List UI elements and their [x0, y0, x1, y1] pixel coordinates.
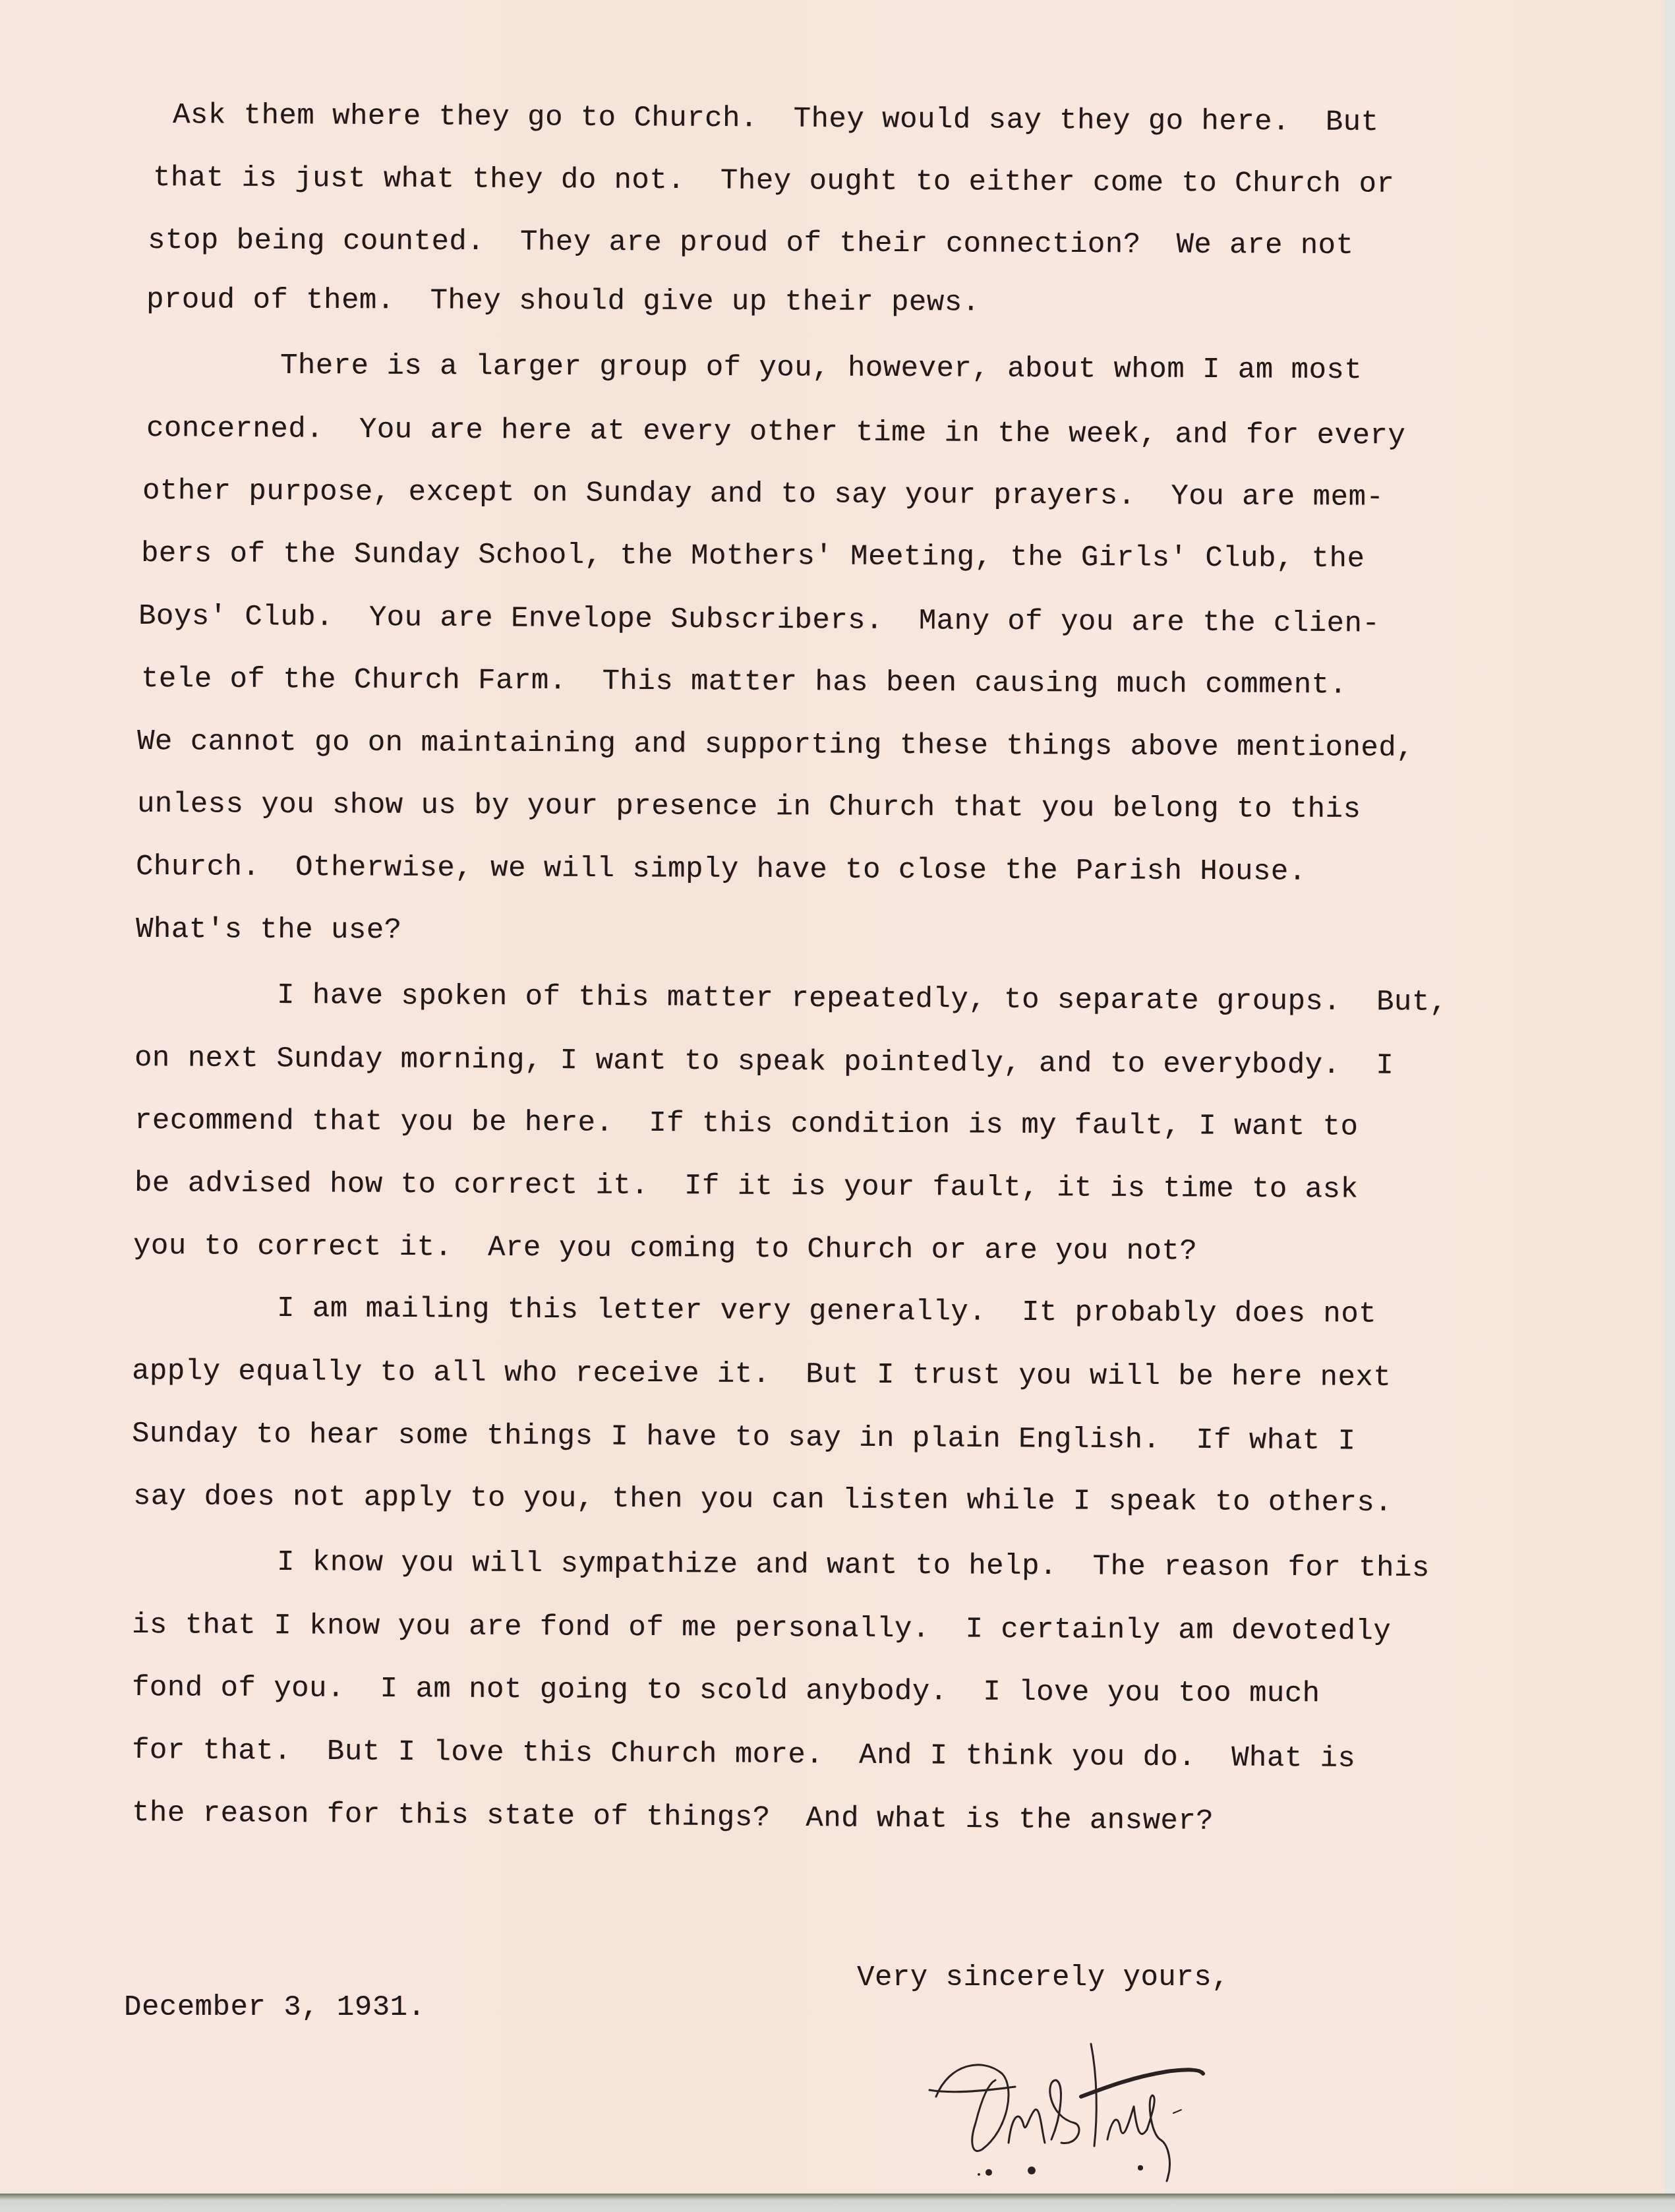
letter-line: bers of the Sunday School, the Mothers' … — [141, 537, 1365, 576]
letter-line: stop being counted. They are proud of th… — [148, 224, 1354, 262]
letter-line: Ask them where they go to Church. They w… — [173, 99, 1379, 139]
letter-line: I know you will sympathize and want to h… — [277, 1546, 1430, 1585]
letter-line: Boys' Club. You are Envelope Subscribers… — [138, 600, 1380, 641]
letter-line: other purpose, except on Sunday and to s… — [142, 475, 1384, 514]
letter-line: tele of the Church Farm. This matter has… — [141, 663, 1347, 702]
letter-line: I have spoken of this matter repeatedly,… — [277, 979, 1448, 1019]
letter-line: is that I know you are fond of me person… — [132, 1609, 1391, 1648]
letter-line: We cannot go on maintaining and supporti… — [137, 725, 1414, 765]
letter-line: What's the use? — [136, 913, 402, 947]
letter-line: recommend that you be here. If this cond… — [134, 1104, 1359, 1144]
letter-date: December 3, 1931. — [124, 1991, 425, 2024]
closing-line: Very sincerely yours, — [857, 1961, 1229, 1994]
handwritten-signature — [910, 2018, 1424, 2189]
letter-line: fond of you. I am not going to scold any… — [132, 1671, 1320, 1710]
letter-line: say does not apply to you, then you can … — [133, 1480, 1392, 1520]
letter-line: concerned. You are here at every other t… — [146, 412, 1405, 453]
letter-line: be advised how to correct it. If it is y… — [134, 1167, 1359, 1207]
letter-line: the reason for this state of things? And… — [132, 1797, 1214, 1838]
letter-body: Ask them where they go to Church. They w… — [0, 0, 1665, 2194]
letter-line: I am mailing this letter very generally.… — [277, 1292, 1376, 1331]
letter-line: There is a larger group of you, however,… — [280, 349, 1362, 387]
letter-line: on next Sunday morning, I want to speak … — [134, 1042, 1394, 1083]
signature-icon — [910, 2018, 1424, 2189]
scan-border-bottom — [0, 2194, 1675, 2212]
letter-line: unless you show us by your presence in C… — [137, 788, 1361, 826]
letter-line: you to correct it. Are you coming to Chu… — [133, 1230, 1198, 1268]
letter-line: that is just what they do not. They ough… — [153, 162, 1395, 201]
letter-line: Church. Otherwise, we will simply have t… — [136, 851, 1307, 889]
letter-line: for that. But I love this Church more. A… — [132, 1734, 1356, 1776]
letter-line: apply equally to all who receive it. But… — [132, 1355, 1391, 1394]
letter-line: Sunday to hear some things I have to say… — [132, 1418, 1356, 1458]
scan-border-right — [1665, 0, 1675, 2194]
letter-line: proud of them. They should give up their… — [146, 284, 980, 319]
letter-page: Ask them where they go to Church. They w… — [0, 0, 1665, 2194]
